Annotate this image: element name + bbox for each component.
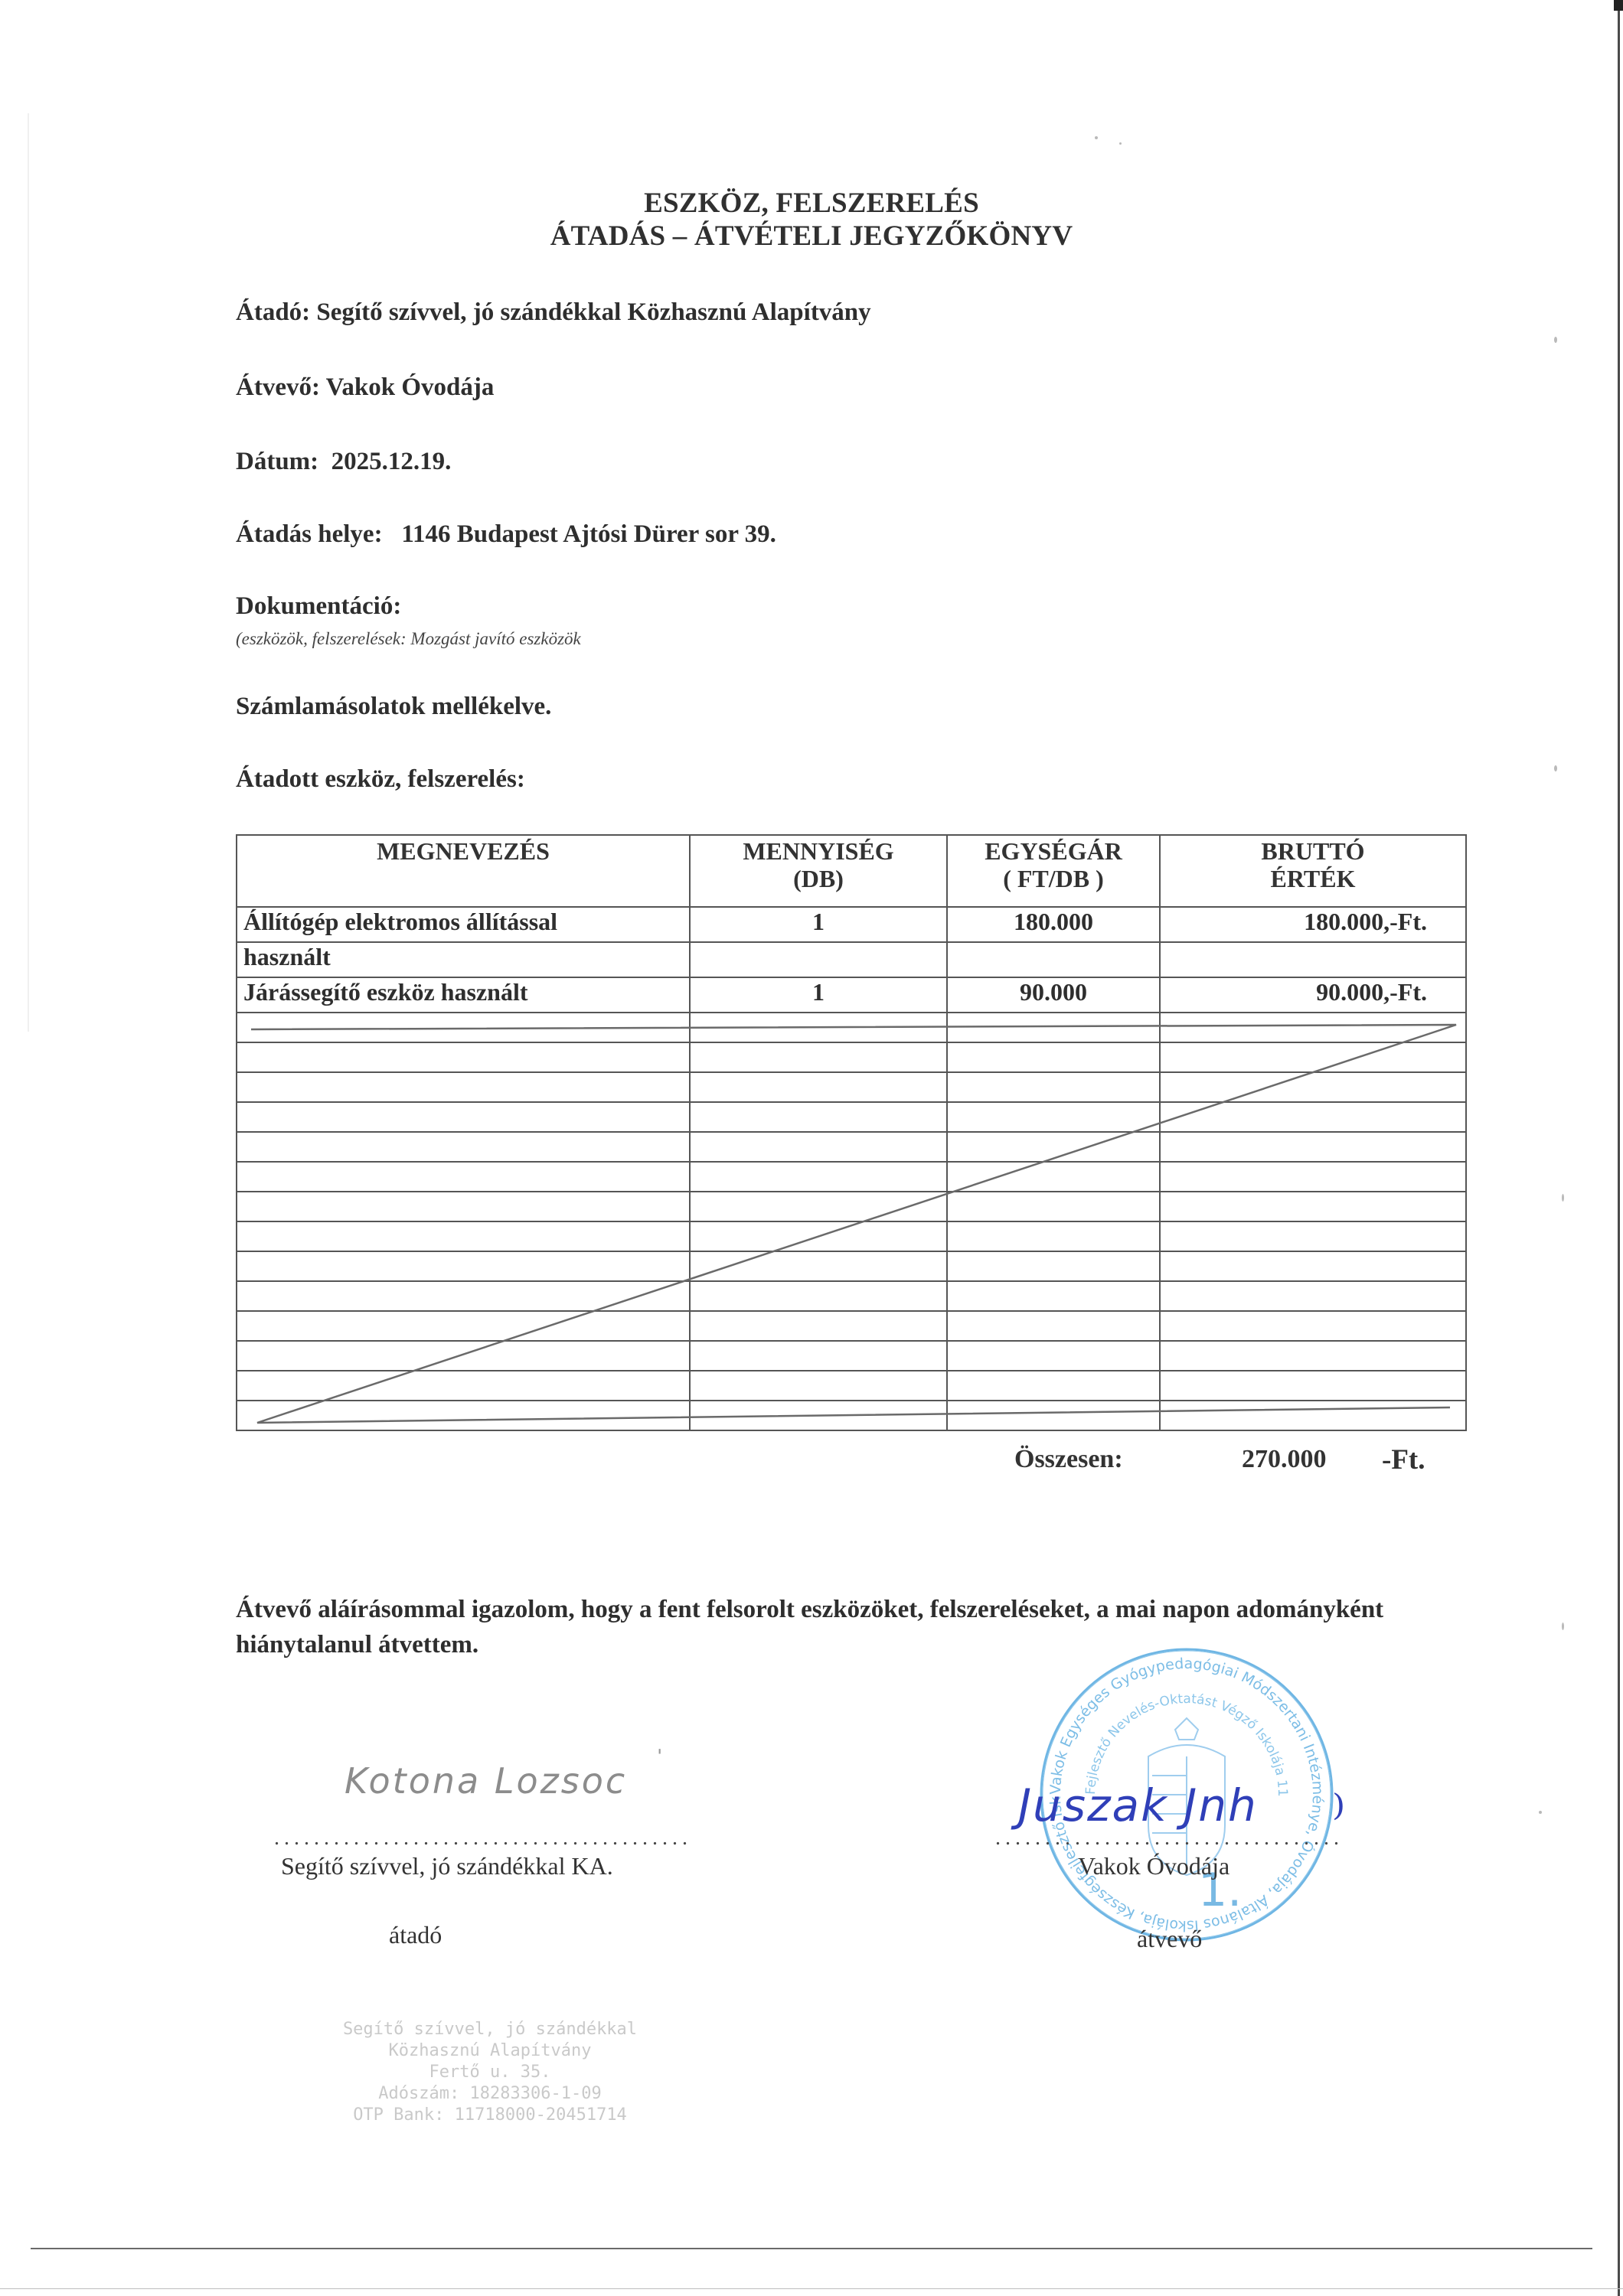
table-row: használt (237, 942, 1466, 977)
cell-gross: 180.000,-Ft. (1160, 907, 1466, 942)
cell-name: Állítógép elektromos állítással (237, 907, 690, 942)
signer-name-right: Vakok Óvodája (1078, 1852, 1229, 1880)
empty-cell (237, 1072, 690, 1102)
empty-cell (237, 1341, 690, 1371)
empty-cell (947, 1192, 1160, 1221)
foundation-stamp-line: Adószám: 18283306-1-09 (306, 2083, 674, 2105)
cell-unit-price: 180.000 (947, 907, 1160, 942)
empty-cell (1160, 1042, 1466, 1072)
signer-name-left: Segítő szívvel, jó szándékkal KA. (281, 1852, 613, 1880)
empty-cell (947, 1251, 1160, 1281)
dokumentacio-note: (eszközök, felszerelések: Mozgást javító… (236, 629, 581, 649)
empty-cell (1160, 1132, 1466, 1162)
table-header-row: MEGNEVEZÉS MENNYISÉG(DB) EGYSÉGÁR( FT/DB… (237, 835, 1466, 907)
table-row-empty (237, 1221, 1466, 1251)
empty-cell (237, 1162, 690, 1192)
signature-flourish: ⁾ (1332, 1783, 1347, 1847)
total-value: 270.000 (1242, 1445, 1327, 1474)
signature-atado: Kotona Lozsoc (345, 1760, 627, 1802)
page-bottom-line (0, 2288, 1623, 2289)
empty-cell (237, 1102, 690, 1132)
cell-qty: 1 (690, 907, 947, 942)
table-row-empty (237, 1162, 1466, 1192)
empty-cell (237, 1221, 690, 1251)
empty-cell (690, 1251, 947, 1281)
empty-cell (690, 1042, 947, 1072)
empty-cell (690, 1102, 947, 1132)
table-row-empty (237, 1013, 1466, 1042)
empty-cell (237, 1371, 690, 1401)
field-szamlamasolatok: Számlamásolatok mellékelve. (236, 693, 551, 721)
empty-cell (947, 1221, 1160, 1251)
table-row-empty (237, 1401, 1466, 1430)
table-row-empty (237, 1192, 1466, 1221)
header-megnevezes: MEGNEVEZÉS (237, 835, 690, 907)
scan-speck (1554, 337, 1557, 343)
empty-cell (237, 1132, 690, 1162)
field-atvevo: Átvevő: Vakok Óvodája (236, 373, 494, 402)
empty-cell (947, 1132, 1160, 1162)
empty-cell (947, 1401, 1160, 1430)
cell-qty (690, 942, 947, 977)
table-row-empty (237, 1042, 1466, 1072)
total-label: Összesen: (1014, 1445, 1123, 1474)
empty-cell (690, 1192, 947, 1221)
empty-cell (690, 1311, 947, 1341)
cell-unit-price: 90.000 (947, 977, 1160, 1013)
empty-cell (1160, 1102, 1466, 1132)
empty-cell (1160, 1251, 1466, 1281)
empty-cell (1160, 1341, 1466, 1371)
table-row-empty (237, 1251, 1466, 1281)
empty-cell (237, 1251, 690, 1281)
total-unit: -Ft. (1382, 1443, 1425, 1476)
header-brutto-ertek: BRUTTÓÉRTÉK (1160, 835, 1466, 907)
empty-cell (690, 1221, 947, 1251)
empty-cell (690, 1072, 947, 1102)
empty-cell (1160, 1192, 1466, 1221)
cell-name: Járássegítő eszköz használt (237, 977, 690, 1013)
field-atadott-label: Átadott eszköz, felszerelés: (236, 765, 525, 794)
empty-cell (690, 1013, 947, 1042)
foundation-stamp-line: Közhasznú Alapítvány (306, 2040, 674, 2062)
foundation-stamp-line: OTP Bank: 11718000-20451714 (306, 2105, 674, 2126)
empty-cell (1160, 1221, 1466, 1251)
page-corner (1614, 0, 1623, 11)
document-subtitle: ÁTADÁS – ÁTVÉTELI JEGYZŐKÖNYV (0, 220, 1623, 253)
empty-cell (1160, 1401, 1466, 1430)
header-egysegar: EGYSÉGÁR( FT/DB ) (947, 835, 1160, 907)
empty-cell (690, 1281, 947, 1311)
field-datum: Dátum: 2025.12.19. (236, 448, 451, 476)
empty-cell (237, 1192, 690, 1221)
cell-gross (1160, 942, 1466, 977)
empty-cell (690, 1162, 947, 1192)
empty-cell (1160, 1311, 1466, 1341)
scan-speck (1119, 142, 1122, 145)
field-atadas-helye: Átadás helye: 1146 Budapest Ajtósi Dürer… (236, 520, 776, 549)
signature-line-left: ........................................… (274, 1831, 692, 1846)
table-row: Állítógép elektromos állítással1180.0001… (237, 907, 1466, 942)
empty-cell (1160, 1162, 1466, 1192)
empty-cell (1160, 1072, 1466, 1102)
document-title: ESZKÖZ, FELSZERELÉS (0, 187, 1623, 220)
scan-speck (1095, 136, 1098, 139)
foundation-stamp-line: Fertő u. 35. (306, 2062, 674, 2083)
signature-line-right: ................................... (995, 1831, 1344, 1846)
empty-cell (947, 1013, 1160, 1042)
items-table: MEGNEVEZÉS MENNYISÉG(DB) EGYSÉGÁR( FT/DB… (236, 834, 1467, 1431)
table-row: Járássegítő eszköz használt190.00090.000… (237, 977, 1466, 1013)
signature-tick: ˈ (655, 1742, 667, 1778)
role-atado: átadó (389, 1921, 442, 1949)
empty-cell (690, 1132, 947, 1162)
empty-cell (1160, 1281, 1466, 1311)
empty-cell (947, 1371, 1160, 1401)
empty-cell (947, 1311, 1160, 1341)
header-mennyiseg: MENNYISÉG(DB) (690, 835, 947, 907)
scan-left-margin (28, 113, 29, 1032)
empty-cell (237, 1281, 690, 1311)
scan-speck (1554, 765, 1557, 771)
table-row-empty (237, 1072, 1466, 1102)
empty-cell (690, 1401, 947, 1430)
scan-speck (1562, 1623, 1564, 1630)
field-atado: Átadó: Segítő szívvel, jó szándékkal Köz… (236, 298, 871, 327)
table-row-empty (237, 1281, 1466, 1311)
empty-cell (1160, 1371, 1466, 1401)
empty-cell (237, 1401, 690, 1430)
scan-speck (1539, 1811, 1542, 1814)
role-atvevo: átvevő (1137, 1925, 1202, 1953)
empty-cell (947, 1341, 1160, 1371)
signature-atvevo: Juszak Jnh (1018, 1779, 1258, 1831)
empty-cell (690, 1341, 947, 1371)
table-row-empty (237, 1341, 1466, 1371)
field-dokumentacio-label: Dokumentáció: (236, 592, 401, 621)
foundation-stamp: Segítő szívvel, jó szándékkalKözhasznú A… (306, 2019, 674, 2126)
empty-cell (947, 1102, 1160, 1132)
cell-qty: 1 (690, 977, 947, 1013)
empty-cell (237, 1013, 690, 1042)
empty-cell (237, 1311, 690, 1341)
empty-cell (1160, 1013, 1466, 1042)
empty-cell (947, 1072, 1160, 1102)
scan-speck (1562, 1194, 1564, 1202)
foundation-stamp-line: Segítő szívvel, jó szándékkal (306, 2019, 674, 2040)
cell-gross: 90.000,-Ft. (1160, 977, 1466, 1013)
empty-cell (947, 1162, 1160, 1192)
page-edge (1618, 0, 1620, 2296)
empty-cell (947, 1281, 1160, 1311)
empty-cell (690, 1371, 947, 1401)
empty-cell (947, 1042, 1160, 1072)
page-bottom-line (31, 2248, 1592, 2249)
table-row-empty (237, 1371, 1466, 1401)
table-row-empty (237, 1311, 1466, 1341)
cell-name: használt (237, 942, 690, 977)
table-row-empty (237, 1102, 1466, 1132)
cell-unit-price (947, 942, 1160, 977)
empty-cell (237, 1042, 690, 1072)
table-row-empty (237, 1132, 1466, 1162)
